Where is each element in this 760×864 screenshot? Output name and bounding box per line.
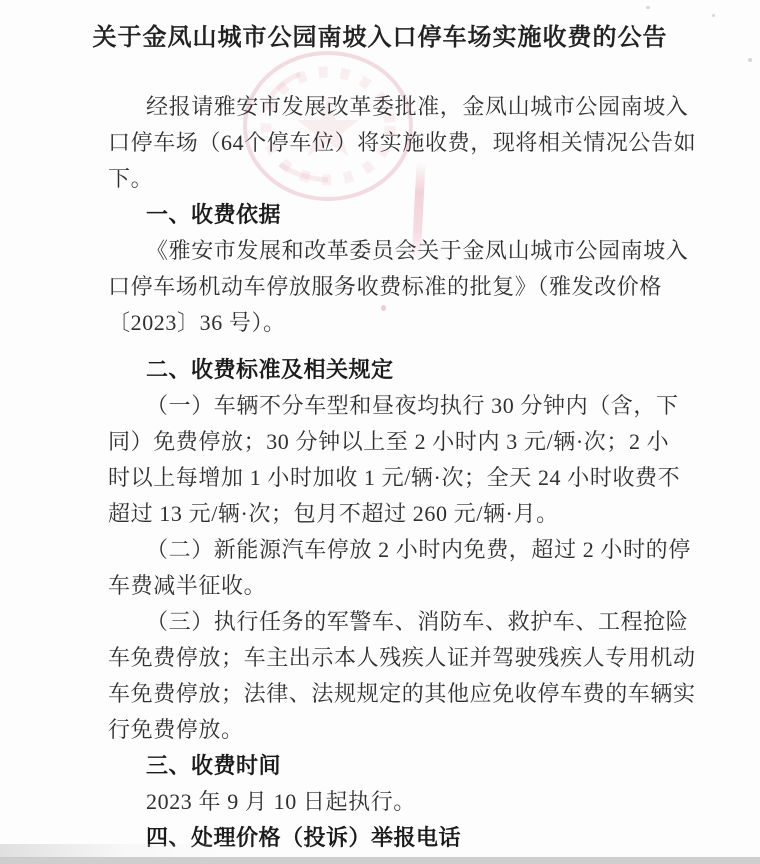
intro-paragraph: 经报请雅安市发展改革委批准，金凤山城市公园南坡入 口停车场（64个停车位）将实施… — [108, 89, 668, 197]
fee-standard-item-2: （二）新能源汽车停放 2 小时内免费，超过 2 小时的停 车费减半征收。 — [108, 532, 668, 604]
text-line: （三）执行任务的军警车、消防车、救护车、工程抢险 — [108, 604, 668, 640]
text-line: 时以上每增加 1 小时加收 1 元/辆·次；全天 24 小时收费不 — [108, 460, 668, 496]
text-line: 《雅安市发展和改革委员会关于金凤山城市公园南坡入 — [108, 233, 668, 269]
scan-speck — [748, 58, 752, 62]
document-title: 关于金凤山城市公园南坡入口停车场实施收费的公告 — [0, 17, 760, 52]
fee-standard-item-3: （三）执行任务的军警车、消防车、救护车、工程抢险 车免费停放；车主出示本人残疾人… — [108, 604, 668, 748]
scan-edge-shadow — [0, 857, 760, 864]
text-line: 〔2023〕36 号）。 — [108, 305, 668, 341]
text-line: 车费减半征收。 — [108, 568, 668, 604]
text-line: 2023 年 9 月 10 日起执行。 — [108, 784, 668, 820]
text-line: 经报请雅安市发展改革委批准，金凤山城市公园南坡入 — [108, 89, 668, 125]
fee-basis-paragraph: 《雅安市发展和改革委员会关于金凤山城市公园南坡入 口停车场机动车停放服务收费标准… — [108, 233, 668, 341]
text-line: 超过 13 元/辆·次；包月不超过 260 元/辆·月。 — [108, 496, 668, 532]
text-line: 口停车场（64个停车位）将实施收费，现将相关情况公告如 — [108, 125, 668, 161]
text-line: 车免费停放；车主出示本人残疾人证并驾驶残疾人专用机动 — [108, 640, 668, 676]
text-line: （一）车辆不分车型和昼夜均执行 30 分钟内（含，下 — [108, 388, 668, 424]
scan-corner-shadow — [0, 844, 250, 858]
scan-speck — [712, 14, 715, 17]
heading-fee-time: 三、收费时间 — [108, 748, 668, 784]
scan-speck — [646, 6, 650, 9]
text-line: 口停车场机动车停放服务收费标准的批复》（雅发改价格 — [108, 269, 668, 305]
fee-time-paragraph: 2023 年 9 月 10 日起执行。 — [108, 784, 668, 820]
text-line: （二）新能源汽车停放 2 小时内免费，超过 2 小时的停 — [108, 532, 668, 568]
heading-fee-standard: 二、收费标准及相关规定 — [108, 352, 668, 388]
text-line: 下。 — [108, 161, 668, 197]
text-line: 同）免费停放；30 分钟以上至 2 小时内 3 元/辆·次；2 小 — [108, 424, 668, 460]
heading-fee-basis: 一、收费依据 — [108, 197, 668, 233]
text-line: 车免费停放；法律、法规规定的其他应免收停车费的车辆实 — [108, 676, 668, 712]
text-line: 行免费停放。 — [108, 712, 668, 748]
fee-standard-item-1: （一）车辆不分车型和昼夜均执行 30 分钟内（含，下 同）免费停放；30 分钟以… — [108, 388, 668, 532]
document-body: 经报请雅安市发展改革委批准，金凤山城市公园南坡入 口停车场（64个停车位）将实施… — [108, 89, 668, 856]
announcement-document: 关于金凤山城市公园南坡入口停车场实施收费的公告 经报请雅安市发展改革委批准，金凤… — [0, 0, 760, 864]
